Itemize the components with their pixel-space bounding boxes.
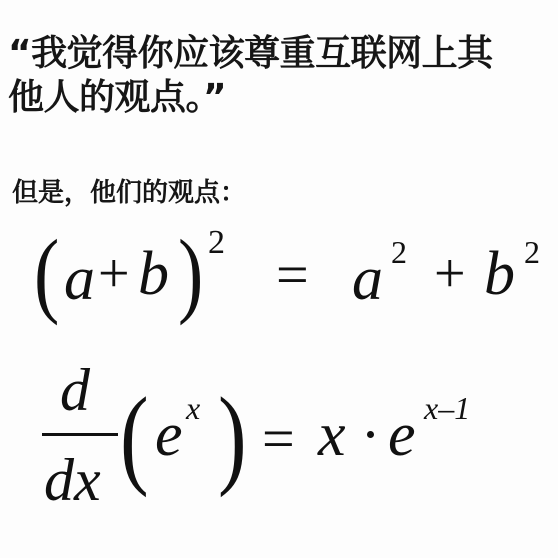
rhs-var-a: a <box>352 248 383 310</box>
base-e: e <box>155 404 183 466</box>
fraction-numerator: d <box>60 360 90 420</box>
rhs-exponent-b: 2 <box>524 236 540 268</box>
equals-sign: = <box>276 246 309 304</box>
var-b: b <box>138 243 169 305</box>
base-exponent-x: x <box>186 392 200 424</box>
equals-sign-2: = <box>262 410 295 468</box>
open-paren: ( <box>34 226 59 321</box>
fraction-bar <box>42 433 118 436</box>
close-paren-2: ) <box>218 380 247 492</box>
exponent-2: 2 <box>208 226 225 260</box>
var-a: a <box>64 248 95 310</box>
headline-line-2: 他人的观点。” <box>8 74 226 122</box>
plus-sign: + <box>98 246 130 302</box>
rhs-exponent-a: 2 <box>391 236 407 268</box>
headline-line-1: “我觉得你应该尊重互联网上其 <box>8 30 493 78</box>
rhs-base-e: e <box>388 404 416 466</box>
rhs-exponent: x–1 <box>424 392 470 424</box>
subtitle: 但是，他们的观点： <box>12 176 246 210</box>
rhs-var-b: b <box>484 243 515 305</box>
open-paren-2: ( <box>120 380 149 492</box>
rhs-var-x: x <box>318 404 346 466</box>
rhs-plus-sign: + <box>434 246 466 302</box>
multiply-dot <box>367 431 374 438</box>
fraction-denominator: dx <box>44 450 101 510</box>
close-paren: ) <box>178 226 203 321</box>
